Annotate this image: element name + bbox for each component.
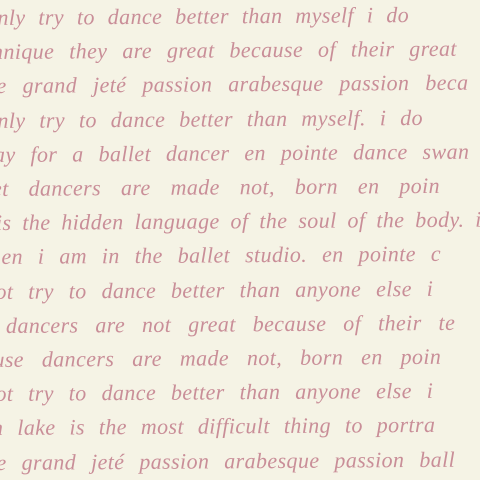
script-line: not try to dance better than anyone else…	[0, 374, 480, 412]
script-line: not try to dance better than anyone else…	[0, 271, 480, 309]
script-line: n lake is the most difficult thing to po…	[0, 408, 480, 446]
wallpaper-swatch: only try to dance better than myself i d…	[0, 0, 480, 480]
script-line: only try to dance better than myself. i …	[0, 100, 480, 138]
script-line: hnique they are great because of their g…	[0, 32, 480, 70]
script-line: et dancers are made not, born en poin	[0, 169, 480, 207]
script-line: ause dancers are made not, born en poin	[0, 340, 480, 378]
script-line: ay for a ballet dancer en pointe dance s…	[0, 134, 480, 172]
script-line: is the hidden language of the soul of th…	[0, 203, 480, 241]
script-line: te grand jeté passion arabesque passion …	[0, 66, 480, 104]
script-line: only try to dance better than myself i d…	[0, 0, 480, 35]
script-line: hen i am in the ballet studio. en pointe…	[0, 237, 480, 275]
script-lines: only try to dance better than myself i d…	[0, 1, 480, 480]
script-line: dancers are not great because of their t…	[6, 306, 480, 344]
script-line: te grand jeté passion arabesque passion …	[0, 442, 480, 480]
